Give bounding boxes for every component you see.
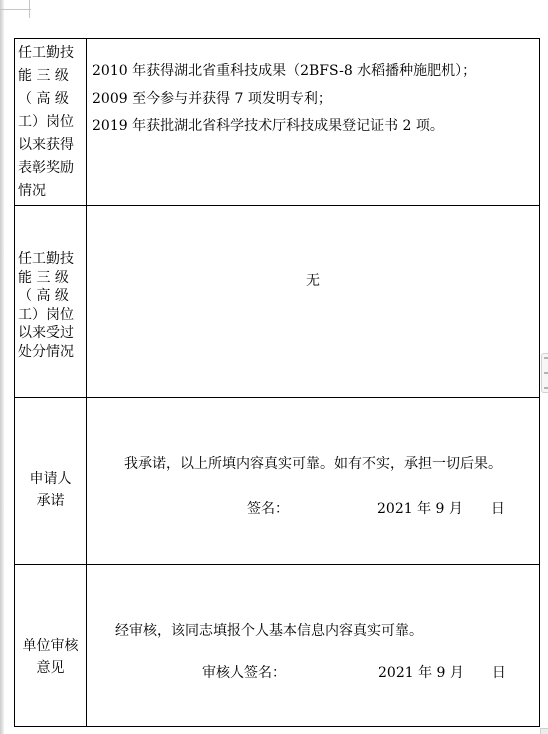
label-line: 表彰奖励 — [18, 157, 86, 180]
label-line: 工）岗位 — [18, 111, 86, 134]
margin-corner-mark-horizontal — [0, 9, 31, 10]
signature-line: 签名： 2021 年 9 月 日 — [87, 495, 539, 523]
margin-corner-mark-vertical — [29, 0, 30, 18]
label-line: 以来获得 — [18, 134, 86, 157]
reviewer-signature-label: 审核人签名： — [202, 659, 286, 687]
scrollbar-dash — [544, 357, 548, 359]
award-item: 2019 年获批湖北省科学技术厅科技成果登记证书 2 项。 — [92, 113, 535, 141]
page-edge — [0, 0, 4, 734]
applicant-commitment-label: 申请人 承诺 — [15, 398, 87, 564]
signature-label: 签名： — [247, 495, 289, 523]
label-line: 能 三 级 — [18, 269, 86, 288]
awards-record-content: 2010 年获得湖北省重科技成果（2BFS-8 水稻播种施肥机）； 2009 至… — [87, 39, 539, 205]
unit-review-content: 经审核，该同志填报个人基本信息内容真实可靠。 审核人签名： 2021 年 9 月… — [87, 565, 539, 726]
commitment-statement: 我承诺，以上所填内容真实可靠。如有不实，承担一切后果。 — [87, 450, 539, 478]
label-line: （ 高 级 — [18, 287, 86, 306]
punishment-none-text: 无 — [306, 273, 320, 289]
applicant-commitment-content: 我承诺，以上所填内容真实可靠。如有不实，承担一切后果。 签名： 2021 年 9… — [87, 398, 539, 564]
label-line: 承诺 — [15, 490, 86, 512]
punishment-record-content: 无 — [87, 206, 539, 397]
scrollbar-dash — [544, 372, 548, 374]
label-line: 单位审核 — [15, 635, 86, 657]
label-line: 能 三 级 — [18, 65, 86, 88]
awards-record-row: 任工勤技 能 三 级 （ 高 级 工）岗位 以来获得 表彰奖励 情况 2010 … — [15, 39, 539, 206]
award-item: 2010 年获得湖北省重科技成果（2BFS-8 水稻播种施肥机）； — [92, 58, 535, 86]
form-table: 任工勤技 能 三 级 （ 高 级 工）岗位 以来获得 表彰奖励 情况 2010 … — [14, 38, 540, 727]
awards-record-label: 任工勤技 能 三 级 （ 高 级 工）岗位 以来获得 表彰奖励 情况 — [15, 39, 87, 205]
punishment-record-row: 任工勤技 能 三 级 （ 高 级 工）岗位 以来受过 处分情况 无 — [15, 206, 539, 398]
label-line: 以来受过 — [18, 324, 86, 343]
label-line: 任工勤技 — [18, 42, 86, 65]
label-line: 意见 — [15, 657, 86, 679]
award-item: 2009 至今参与并获得 7 项发明专利； — [92, 86, 535, 114]
label-line: 处分情况 — [18, 343, 86, 362]
label-line: 情况 — [18, 180, 86, 203]
signature-date: 2021 年 9 月 日 — [377, 495, 505, 523]
label-line: （ 高 级 — [18, 88, 86, 111]
label-line: 任工勤技 — [18, 250, 86, 269]
reviewer-signature-date: 2021 年 9 月 日 — [378, 659, 506, 687]
reviewer-signature-line: 审核人签名： 2021 年 9 月 日 — [87, 659, 539, 687]
unit-review-label: 单位审核 意见 — [15, 565, 87, 726]
punishment-record-label: 任工勤技 能 三 级 （ 高 级 工）岗位 以来受过 处分情况 — [15, 206, 87, 397]
label-line: 工）岗位 — [18, 306, 86, 325]
clipped-corner-fragment — [540, 728, 548, 734]
scrollbar-dash — [544, 387, 548, 389]
scrollbar-thumb[interactable] — [541, 353, 548, 393]
applicant-commitment-row: 申请人 承诺 我承诺，以上所填内容真实可靠。如有不实，承担一切后果。 签名： 2… — [15, 398, 539, 565]
label-line: 申请人 — [15, 468, 86, 490]
unit-review-row: 单位审核 意见 经审核，该同志填报个人基本信息内容真实可靠。 审核人签名： 20… — [15, 565, 539, 726]
review-statement: 经审核，该同志填报个人基本信息内容真实可靠。 — [87, 617, 539, 645]
